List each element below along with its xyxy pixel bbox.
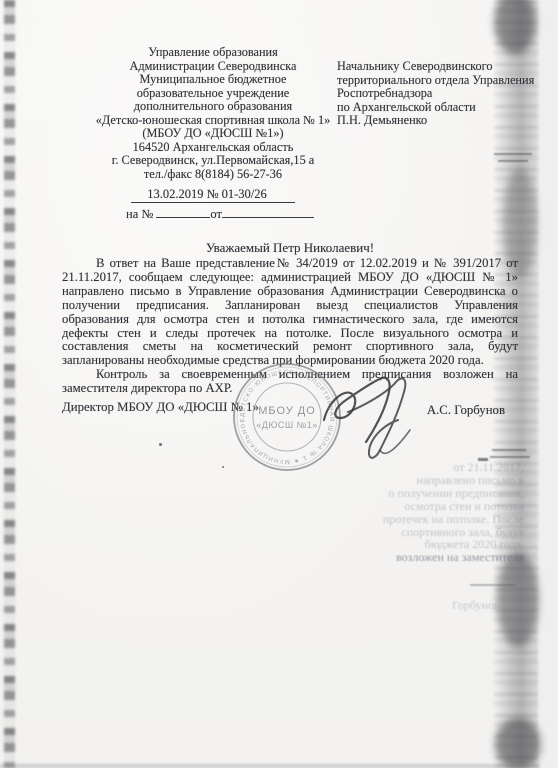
recipient-block: Начальнику Северодвинского территориальн… (337, 60, 549, 128)
scan-smudge (495, 718, 541, 768)
recipient-line: по Архангельской области (337, 101, 549, 115)
handwritten-signature (318, 372, 438, 472)
recipient-line: Роспотребнадзора (337, 87, 549, 101)
sender-line: дополнительного образования (68, 100, 358, 114)
scan-noise-dash (492, 449, 526, 451)
signatory-name: А.С. Горбунов (427, 403, 505, 418)
sender-letterhead-block: Управление образования Администрации Сев… (68, 46, 358, 221)
reply-number-blank (156, 206, 210, 218)
sender-line: г. Северодвинск, ул.Первомайская,15 а (68, 154, 358, 168)
outgoing-number-line: 13.02.2019 № 01-30/26 (68, 188, 358, 202)
scan-artifact-bottom-edge (0, 764, 540, 768)
stamp-center-line2: «ДЮСШ №1» (256, 420, 318, 430)
stamp-center-line1: МБОУ ДО (258, 405, 316, 417)
sender-line: 164520 Архангельская область (68, 141, 358, 155)
reply-date-blank (222, 206, 314, 218)
reply-na-label: на № (126, 207, 156, 221)
reply-ot-label: от (210, 207, 222, 221)
scanned-letter-page: Управление образования Администрации Сев… (0, 0, 558, 768)
ghost-line: возложен на заместителя (224, 551, 524, 564)
sender-line: Управление образования (68, 46, 358, 60)
scan-artifact-left-band (4, 0, 15, 768)
sender-line: Администрации Северодвинска (68, 60, 358, 74)
sender-line: «Детско-юношеская спортивная школа № 1» (68, 114, 358, 128)
sender-line: (МБОУ ДО «ДЮСШ №1») (68, 127, 358, 141)
scan-smudge (497, 552, 539, 647)
scan-noise-dash (494, 153, 532, 155)
outgoing-number-value: 13.02.2019 № 01-30/26 (131, 187, 295, 203)
reply-reference-line: на № от (68, 206, 358, 222)
salutation: Уважаемый Петр Николаевич! (62, 240, 518, 256)
recipient-line: Начальнику Северодвинского (337, 60, 549, 74)
scan-noise-dash (498, 160, 528, 162)
recipient-line: территориального отдела Управления (337, 74, 549, 88)
scan-noise-dash (490, 456, 530, 458)
sender-line: тел./факс 8(8184) 56-27-36 (68, 168, 358, 182)
bleed-through-name: Горбунов (452, 598, 500, 613)
ghost-line: протечек на потолке. После (224, 513, 524, 526)
scan-noise-dash (470, 584, 516, 586)
recipient-line: П.Н. Демьяненко (337, 114, 549, 128)
ink-speck (159, 443, 162, 446)
sender-line: образовательное учреждение (68, 87, 358, 101)
sender-line: Муниципальное бюджетное (68, 73, 358, 87)
ghost-line: осмотра стен и потолка (224, 500, 524, 513)
